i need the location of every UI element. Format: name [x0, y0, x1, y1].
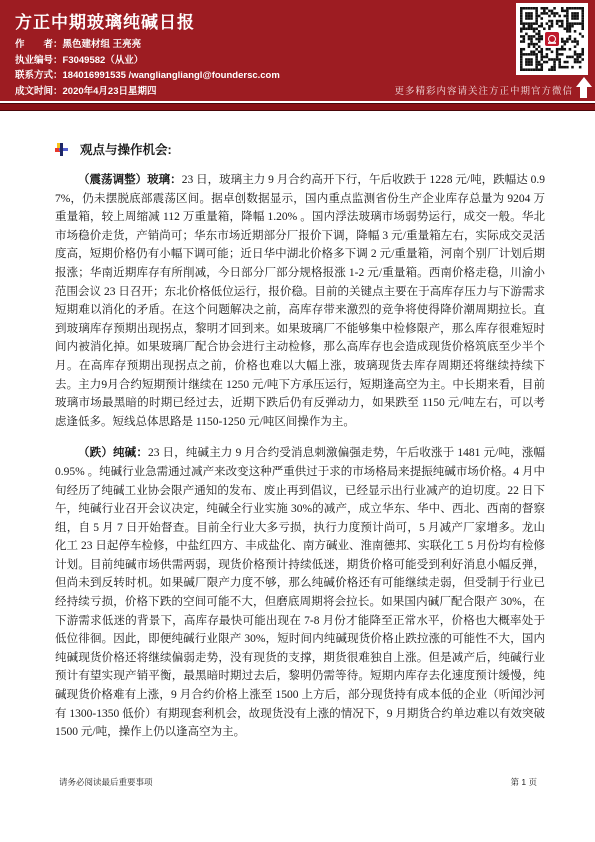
up-arrow-icon [575, 76, 592, 99]
author-value: 黑色建材组 王亮亮 [63, 39, 142, 50]
contact-field: 联系方式：184016991535 /wangliangliangl@found… [15, 68, 280, 84]
page-number: 第 1 页 [511, 776, 537, 788]
license-field: 执业编号：F3049582（从业） [15, 53, 280, 69]
contact-label: 联系方式： [15, 70, 63, 81]
section-title: 观点与操作机会: [80, 140, 172, 158]
header-band: 方正中期玻璃纯碱日报 作 者：黑色建材组 王亮亮 执业编号：F3049582（从… [0, 0, 595, 101]
author-info-block: 作 者：黑色建材组 王亮亮 执业编号：F3049582（从业） 联系方式：184… [15, 37, 280, 99]
paragraph-glass-text: 23 日，玻璃主力 9 月合约高开下行，午后收跌于 1228 元/吨，跌幅达 0… [55, 174, 545, 428]
plus-bullet-icon [55, 143, 68, 156]
paragraph-glass-lead: （震荡调整）玻璃： [78, 174, 182, 186]
page-footer: 请务必阅读最后重要事项 第 1 页 [0, 776, 595, 788]
report-body: 观点与操作机会: （震荡调整）玻璃：23 日，玻璃主力 9 月合约高开下行，午后… [0, 111, 595, 742]
report-page: 方正中期玻璃纯碱日报 作 者：黑色建材组 王亮亮 执业编号：F3049582（从… [0, 0, 595, 842]
paragraph-glass: （震荡调整）玻璃：23 日，玻璃主力 9 月合约高开下行，午后收跌于 1228 … [55, 171, 545, 431]
paragraph-soda-ash: （跌）纯碱：23 日，纯碱主力 9 月合约受消息刺激偏强走势，午后收涨于 148… [55, 444, 545, 742]
contact-value: 184016991535 /wangliangliangl@foundersc.… [63, 70, 280, 81]
footer-disclaimer: 请务必阅读最后重要事项 [59, 776, 153, 788]
author-field: 作 者：黑色建材组 王亮亮 [15, 37, 280, 53]
qr-caption: 更多精彩内容请关注方正中期官方微信 [394, 83, 573, 97]
date-value: 2020年4月23日星期四 [63, 86, 157, 97]
date-label: 成文时间： [15, 86, 63, 97]
page-title: 方正中期玻璃纯碱日报 [15, 8, 195, 33]
paragraph-soda-ash-lead: （跌）纯碱： [78, 447, 148, 459]
qr-logo [544, 31, 560, 47]
license-value: F3049582（从业） [63, 55, 144, 66]
license-label: 执业编号： [15, 55, 63, 66]
author-label: 作 者： [15, 39, 63, 50]
section-header: 观点与操作机会: [55, 140, 545, 158]
date-field: 成文时间：2020年4月23日星期四 [15, 84, 280, 100]
paragraph-soda-ash-text: 23 日，纯碱主力 9 月合约受消息刺激偏强走势，午后收涨于 1481 元/吨，… [55, 447, 545, 738]
qr-code [516, 3, 588, 75]
header-divider-stripe [0, 103, 595, 111]
